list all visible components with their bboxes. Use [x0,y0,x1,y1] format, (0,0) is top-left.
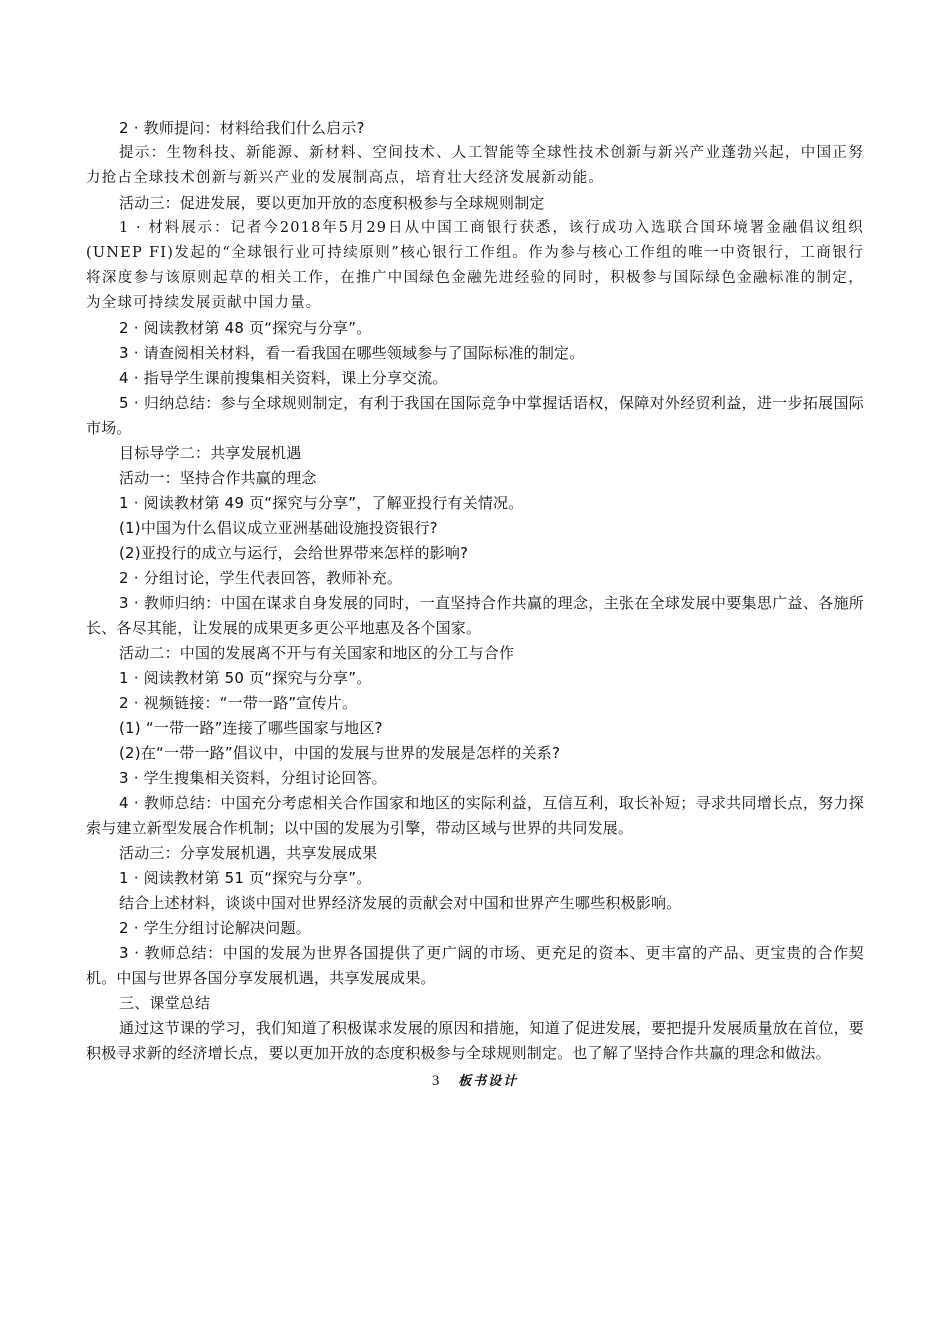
list-item: 2 · 学生分组讨论解决问题。 [86,916,864,941]
list-item: 1 · 阅读教材第 49 页“探究与分享”，了解亚投行有关情况。 [86,491,864,516]
summary-paragraph: 4 · 教师总结：中国充分考虑相关合作国家和地区的实际利益，互信互利，取长补短；… [86,791,864,841]
activity-heading: 活动二：中国的发展离不开与有关国家和地区的分工与合作 [86,641,864,666]
activity-heading: 活动三：分享发展机遇，共享发展成果 [86,841,864,866]
summary-paragraph: 5 · 归纳总结：参与全球规则制定，有利于我国在国际竞争中掌握话语权，保障对外经… [86,391,864,441]
question-item: (2)在“一带一路”倡议中，中国的发展与世界的发展是怎样的关系? [86,741,864,766]
section-heading: 三、课堂总结 [86,991,864,1016]
hint-paragraph: 提示：生物科技、新能源、新材料、空间技术、人工智能等全球性技术创新与新兴产业蓬勃… [86,141,864,191]
summary-paragraph: 3 · 教师总结：中国的发展为世界各国提供了更广阔的市场、更充足的资本、更丰富的… [86,941,864,991]
section-number: 3 [432,1073,440,1089]
summary-paragraph: 3 · 教师归纳：中国在谋求自身发展的同时，一直坚持合作共赢的理念，主张在全球发… [86,591,864,641]
document-page: 2 · 教师提问：材料给我们什么启示? 提示：生物科技、新能源、新材料、空间技术… [86,116,864,1094]
activity-heading: 活动三：促进发展，要以更加开放的态度积极参与全球规则制定 [86,191,864,216]
list-item: 1 · 阅读教材第 50 页“探究与分享”。 [86,666,864,691]
board-design-heading: 3 板书设计 [86,1068,864,1094]
activity-heading: 活动一：坚持合作共赢的理念 [86,466,864,491]
list-item: 2 · 分组讨论，学生代表回答，教师补充。 [86,566,864,591]
material-paragraph: 1 · 材料展示：记者今2018年5月29日从中国工商银行获悉，该行成功入选联合… [86,216,864,316]
list-item: 2 · 视频链接：“一带一路”宣传片。 [86,691,864,716]
discussion-prompt: 结合上述材料，谈谈中国对世界经济发展的贡献会对中国和世界产生哪些积极影响。 [86,891,864,916]
list-item: 4 · 指导学生课前搜集相关资料，课上分享交流。 [86,366,864,391]
teacher-question: 2 · 教师提问：材料给我们什么启示? [86,116,864,141]
question-item: (1) “一带一路”连接了哪些国家与地区? [86,716,864,741]
goal-heading: 目标导学二：共享发展机遇 [86,441,864,466]
list-item: 3 · 请查阅相关材料，看一看我国在哪些领域参与了国际标准的制定。 [86,341,864,366]
question-item: (2)亚投行的成立与运行，会给世界带来怎样的影响? [86,541,864,566]
conclusion-paragraph: 通过这节课的学习，我们知道了积极谋求发展的原因和措施，知道了促进发展，要把提升发… [86,1016,864,1066]
list-item: 1 · 阅读教材第 51 页“探究与分享”。 [86,866,864,891]
list-item: 3 · 学生搜集相关资料，分组讨论回答。 [86,766,864,791]
question-item: (1)中国为什么倡议成立亚洲基础设施投资银行? [86,516,864,541]
section-title: 板书设计 [458,1074,518,1089]
list-item: 2 · 阅读教材第 48 页“探究与分享”。 [86,316,864,341]
